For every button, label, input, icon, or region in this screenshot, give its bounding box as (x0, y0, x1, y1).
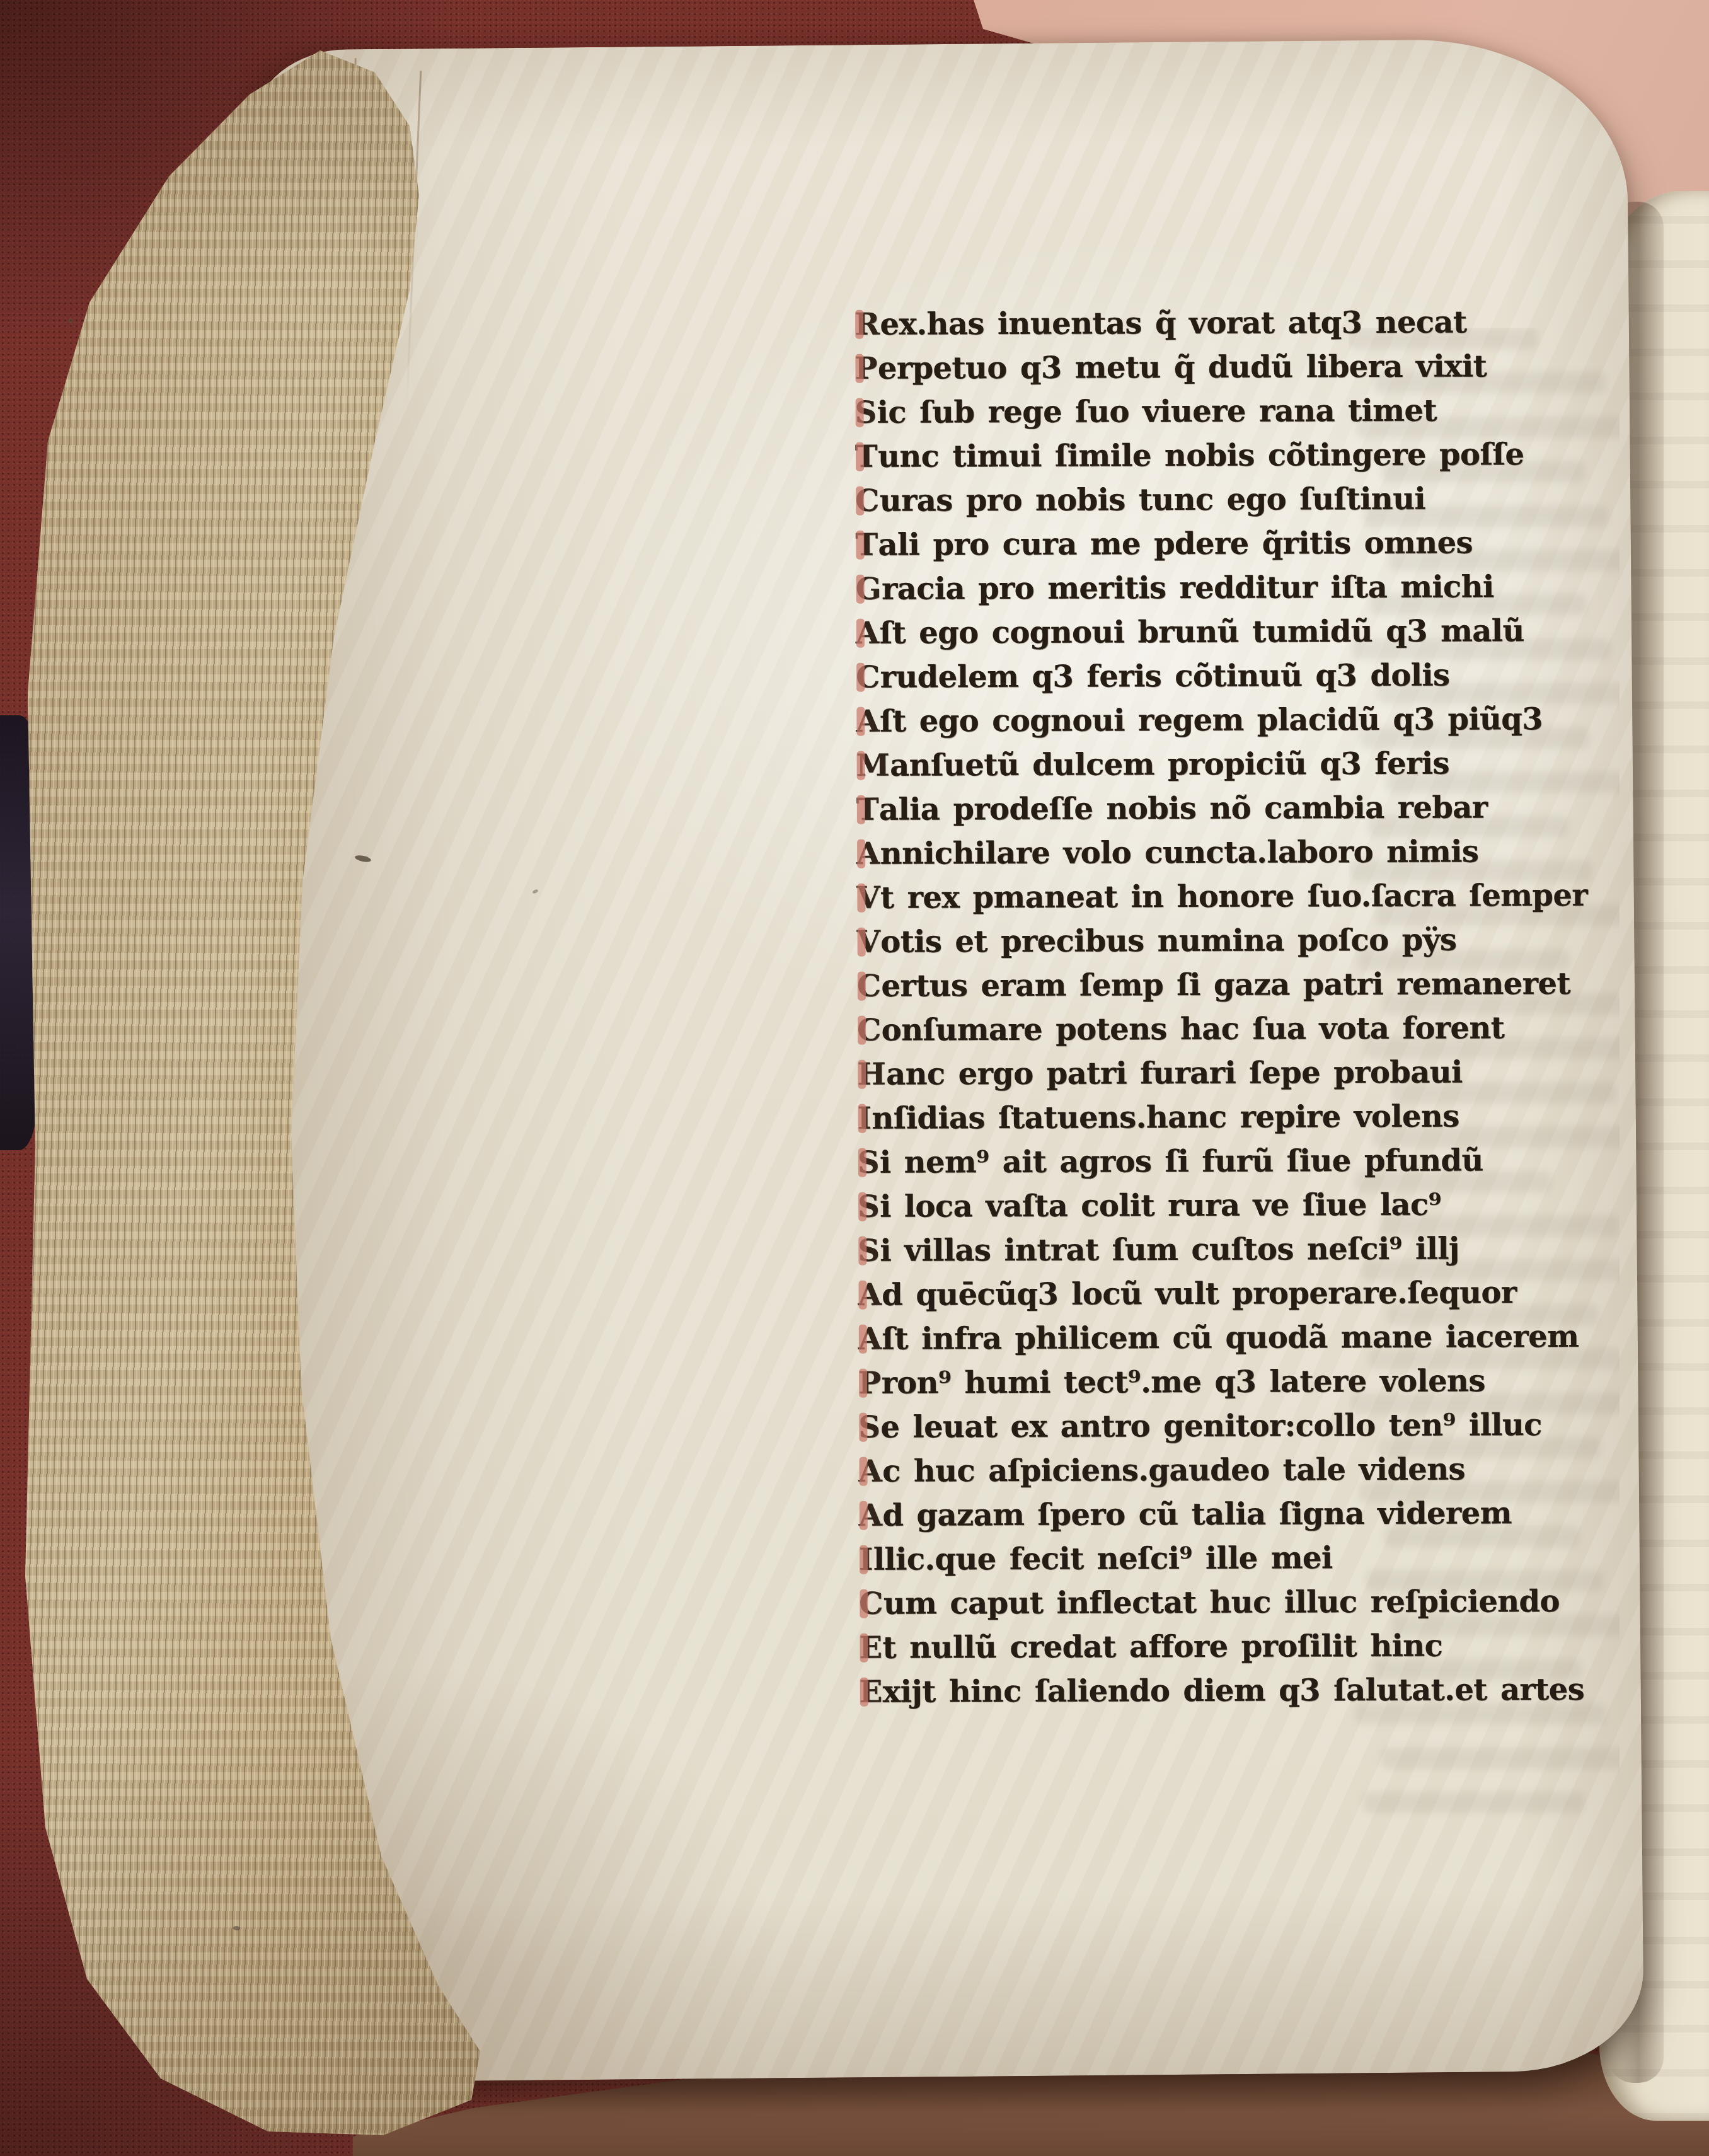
line-rubricated-initial: C (857, 1008, 882, 1052)
text-line: Aſt infra philicem cũ quodã mane iacerem (858, 1315, 1514, 1361)
latin-verse-text-block: Rex.has inuentas q̃ vorat atq3 necat Per… (854, 300, 1515, 1714)
line-rubricated-initial: T (856, 788, 879, 832)
text-line: Et nullũ credat affore proſilit hinc (859, 1623, 1514, 1670)
text-line: Certus eram ſemp ſi gaza patri remaneret (857, 962, 1512, 1008)
line-rubricated-initial: I (859, 1538, 873, 1582)
text-line: Annichilare volo cuncta.laboro nimis (856, 829, 1512, 876)
line-rubricated-initial: E (860, 1670, 883, 1714)
line-text: rudelem q3 feris cõtinuũ q3 dolis (880, 658, 1450, 695)
text-line: Sic ſub rege ſuo viuere rana timet (855, 388, 1510, 435)
line-text: ſt infra philicem cũ quodã mane iacerem (882, 1319, 1579, 1357)
text-line: Manſuetũ dulcem propiciũ q3 feris (856, 741, 1512, 788)
line-rubricated-initial: H (857, 1052, 886, 1097)
line-rubricated-initial: P (858, 1361, 882, 1405)
line-text: anc ergo patri furari ſepe probaui (886, 1054, 1463, 1092)
line-rubricated-initial: S (858, 1229, 880, 1273)
line-rubricated-initial: C (857, 964, 882, 1008)
text-line: Vt rex pmaneat in honore ſuo.ſacra ſempe… (856, 873, 1512, 920)
text-line: Crudelem q3 feris cõtinuũ q3 dolis (856, 653, 1511, 700)
line-text: ertus eram ſemp ſi gaza patri remaneret (881, 966, 1570, 1004)
line-rubricated-initial: P (854, 347, 878, 391)
text-line: Ad gazam ſpero cũ talia ſigna viderem (859, 1491, 1514, 1538)
line-rubricated-initial: T (855, 435, 878, 479)
text-line: Illic.que fecit neſci⁹ ille mei (859, 1535, 1514, 1582)
line-rubricated-initial: C (856, 655, 880, 700)
ghost-line (1363, 1792, 1584, 1813)
text-line: Aſt ego cognoui regem placidũ q3 piũq3 (856, 697, 1511, 744)
text-line: Ac huc aſpiciens.gaudeo tale videns (858, 1447, 1514, 1494)
text-line: Si loca vaſta colit rura ve ſiue lac⁹ (858, 1182, 1513, 1229)
ghost-line (1381, 1748, 1620, 1769)
line-text: ſt ego cognoui brunũ tumidũ q3 malũ (879, 613, 1524, 651)
line-rubricated-initial: A (858, 1450, 882, 1494)
line-text: ex.has inuentas q̃ vorat atq3 necat (880, 304, 1466, 342)
line-text: alia prodeſſe nobis nõ cambia rebar (879, 790, 1488, 827)
line-text: c huc aſpiciens.gaudeo tale videns (882, 1451, 1465, 1489)
photograph-of-open-incunable-book: Rex.has inuentas q̃ vorat atq3 necat Per… (0, 0, 1709, 2156)
text-line: Talia prodeſſe nobis nõ cambia rebar (856, 785, 1512, 832)
line-rubricated-initial: R (854, 303, 880, 347)
text-line: Gracia pro meritis redditur iſta michi (856, 565, 1511, 611)
line-text: llic.que fecit neſci⁹ ille mei (873, 1540, 1333, 1577)
line-text: i villas intrat ſum cuſtos neſci⁹ illj (880, 1231, 1459, 1268)
line-rubricated-initial: C (855, 479, 880, 523)
line-text: otis et precibus numina poſco pÿs (880, 922, 1456, 959)
line-rubricated-initial: E (859, 1626, 882, 1670)
line-rubricated-initial: S (858, 1405, 880, 1450)
line-text: anſuetũ dulcem propiciũ q3 feris (890, 746, 1449, 783)
line-text: ron⁹ humi tect⁹.me q3 latere volens (881, 1363, 1485, 1400)
text-line: Inſidias ſtatuens.hanc repire volens (857, 1094, 1512, 1141)
text-line: Conſumare potens hac ſua vota forent (857, 1006, 1512, 1052)
line-rubricated-initial: G (856, 567, 882, 611)
line-rubricated-initial: S (855, 391, 877, 435)
text-line: Exijt hinc ſaliendo diem q3 ſalutat.et a… (860, 1668, 1515, 1714)
text-line: Si villas intrat ſum cuſtos neſci⁹ illj (858, 1226, 1513, 1273)
ink-speck (68, 318, 73, 323)
text-line: Perpetuo q3 metu q̃ dudũ libera vixit (854, 344, 1510, 391)
line-rubricated-initial: I (857, 1097, 872, 1141)
line-rubricated-initial: V (856, 876, 880, 920)
line-text: uras pro nobis tunc ego ſuſtinui (880, 481, 1425, 519)
text-line: Si nem⁹ ait agros ſi furũ ſiue pfundũ (858, 1138, 1513, 1185)
text-line: Hanc ergo patri furari ſepe probaui (857, 1050, 1512, 1097)
text-line: Tali pro cura me pdere q̃ritis omnes (855, 521, 1510, 567)
line-text: xijt hinc ſaliendo diem q3 ſalutat.et ar… (883, 1672, 1585, 1710)
line-text: um caput inflectat huc illuc reſpiciendo (883, 1584, 1560, 1622)
text-line: Curas pro nobis tunc ego ſuſtinui (855, 476, 1510, 523)
line-text: i nem⁹ ait agros ſi furũ ſiue pfundũ (880, 1143, 1483, 1180)
line-text: d quēcũq3 locũ vult properare.ſequor (882, 1275, 1517, 1313)
text-line: Cum caput inflectat huc illuc reſpiciend… (859, 1579, 1514, 1626)
line-text: ſt ego cognoui regem placidũ q3 piũq3 (880, 701, 1543, 739)
line-rubricated-initial: A (858, 1317, 882, 1361)
text-line: Aſt ego cognoui brunũ tumidũ q3 malũ (856, 609, 1511, 655)
line-text: ali pro cura me pdere q̃ritis omnes (878, 525, 1473, 562)
line-text: t nullũ credat affore proſilit hinc (882, 1629, 1442, 1666)
line-rubricated-initial: S (858, 1185, 880, 1229)
line-text: t rex pmaneat in honore ſuo.ſacra ſemper (880, 878, 1587, 916)
line-text: d gazam ſpero cũ talia ſigna viderem (882, 1496, 1512, 1533)
line-text: i loca vaſta colit rura ve ſiue lac⁹ (880, 1187, 1441, 1225)
line-rubricated-initial: V (857, 920, 881, 964)
line-rubricated-initial: S (858, 1141, 880, 1185)
line-rubricated-initial: A (856, 832, 880, 876)
line-text: erpetuo q3 metu q̃ dudũ libera vixit (878, 349, 1487, 386)
line-text: onſumare potens hac ſua vota forent (882, 1010, 1505, 1047)
line-rubricated-initial: A (856, 700, 880, 744)
line-text: ic ſub rege ſuo viuere rana timet (877, 393, 1437, 430)
line-text: nſidias ſtatuens.hanc repire volens (872, 1098, 1459, 1136)
line-text: e leuat ex antro genitor:collo ten⁹ illu… (880, 1407, 1542, 1445)
line-rubricated-initial: A (856, 611, 880, 655)
line-text: nnichilare volo cuncta.laboro nimis (880, 834, 1479, 871)
line-rubricated-initial: M (856, 744, 890, 788)
text-line: Se leuat ex antro genitor:collo ten⁹ ill… (858, 1403, 1514, 1450)
line-rubricated-initial: A (859, 1494, 883, 1538)
line-rubricated-initial: T (855, 523, 878, 567)
text-line: Votis et precibus numina poſco pÿs (857, 918, 1512, 964)
line-rubricated-initial: C (859, 1582, 883, 1626)
text-line: Pron⁹ humi tect⁹.me q3 latere volens (858, 1359, 1514, 1405)
text-line: Tunc timui ſimile nobis cõtingere poſſe (855, 432, 1510, 479)
text-line: Rex.has inuentas q̃ vorat atq3 necat (854, 300, 1510, 347)
line-text: unc timui ſimile nobis cõtingere poſſe (878, 437, 1524, 475)
line-rubricated-initial: A (858, 1273, 882, 1317)
line-text: racia pro meritis redditur iſta michi (882, 569, 1494, 606)
text-line: Ad quēcũq3 locũ vult properare.ſequor (858, 1271, 1513, 1317)
